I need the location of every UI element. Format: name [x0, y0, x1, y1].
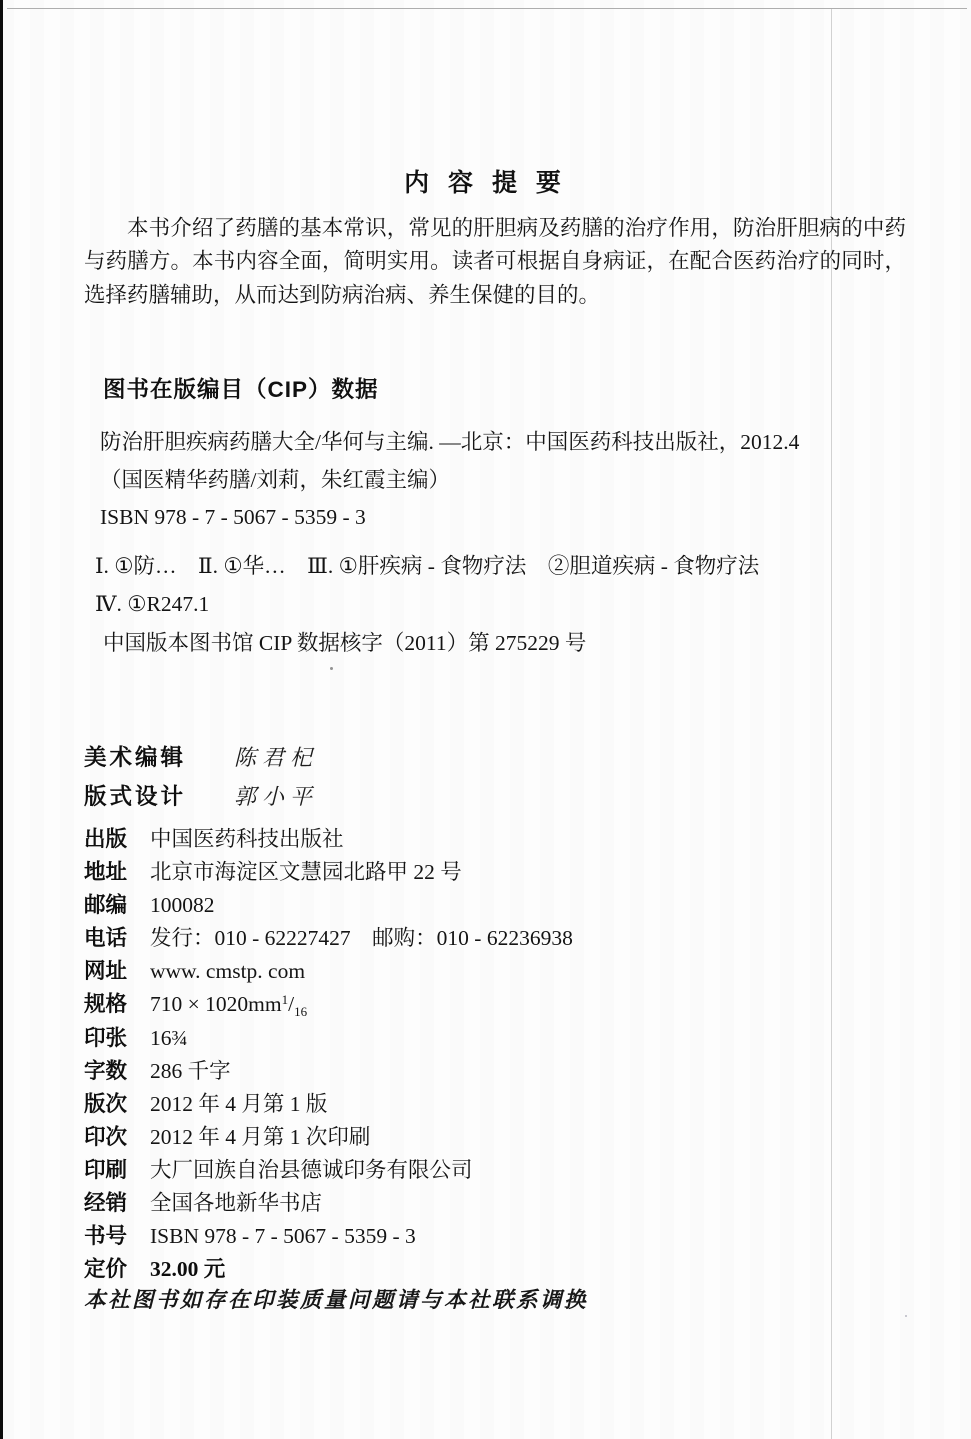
- summary-title: 内 容 提 要: [0, 163, 971, 199]
- colophon-value: 32.00 元: [150, 1252, 225, 1283]
- quality-exchange-note: 本社图书如存在印装质量问题请与本社联系调换: [84, 1283, 588, 1314]
- cip-series-line: （国医精华药膳/刘莉，朱红霞主编）: [100, 462, 890, 500]
- cip-classification-block: Ⅰ. ①防… Ⅱ. ①华… Ⅲ. ①肝疾病 - 食物疗法 ②胆道疾病 - 食物疗…: [95, 547, 895, 623]
- page-top-rule: [7, 8, 967, 9]
- summary-paragraph: 本书介绍了药膳的基本常识，常见的肝胆病及药膳的治疗作用，防治肝胆病的中药与药膳方…: [84, 212, 906, 312]
- colophon-value: 2012 年 4 月第 1 次印刷: [150, 1120, 370, 1151]
- colophon-label: 网址: [84, 954, 134, 985]
- cip-class-line-2: Ⅳ. ①R247.1: [95, 585, 895, 623]
- cip-block: 防治肝胆疾病药膳大全/华何与主编. —北京：中国医药科技出版社，2012.4 （…: [100, 424, 890, 537]
- cip-class-line-1: Ⅰ. ①防… Ⅱ. ①华… Ⅲ. ①肝疾病 - 食物疗法 ②胆道疾病 - 食物疗…: [95, 547, 895, 585]
- colophon-label: 版次: [84, 1087, 134, 1118]
- colophon-value: 全国各地新华书店: [150, 1186, 322, 1217]
- colophon-label: 定价: [84, 1252, 134, 1283]
- colophon-label: 规格: [84, 987, 134, 1018]
- colophon-label: 经销: [84, 1186, 134, 1217]
- colophon-label: 出版: [84, 822, 134, 853]
- staff-block: 美术编辑 陈君杞 版式设计 郭小平: [84, 740, 318, 818]
- colophon-row-phone: 电话 发行：010 - 62227427 邮购：010 - 62236938: [84, 921, 904, 954]
- colophon-label: 印次: [84, 1120, 134, 1151]
- staff-label: 美术编辑: [84, 740, 212, 772]
- colophon-label: 印刷: [84, 1153, 134, 1184]
- colophon-table: 出版 中国医药科技出版社 地址 北京市海淀区文慧园北路甲 22 号 邮编 100…: [84, 822, 904, 1285]
- colophon-label: 邮编: [84, 888, 134, 919]
- colophon-row-impression: 印次 2012 年 4 月第 1 次印刷: [84, 1120, 904, 1153]
- colophon-label: 字数: [84, 1054, 134, 1085]
- colophon-row-wordcount: 字数 286 千字: [84, 1054, 904, 1087]
- cip-isbn-line: ISBN 978 - 7 - 5067 - 5359 - 3: [100, 499, 890, 537]
- cip-heading: 图书在版编目（CIP）数据: [103, 372, 379, 404]
- colophon-value: www. cmstp. com: [150, 959, 305, 984]
- colophon-row-sheets: 印张 16¾: [84, 1021, 904, 1054]
- staff-label: 版式设计: [84, 779, 212, 811]
- staff-value: 陈君杞: [234, 741, 318, 772]
- colophon-row-isbn: 书号 ISBN 978 - 7 - 5067 - 5359 - 3: [84, 1219, 904, 1252]
- colophon-value: 286 千字: [150, 1054, 231, 1085]
- colophon-row-address: 地址 北京市海淀区文慧园北路甲 22 号: [84, 855, 904, 888]
- colophon-row-publisher: 出版 中国医药科技出版社: [84, 822, 904, 855]
- colophon-row-website: 网址 www. cmstp. com: [84, 954, 904, 987]
- colophon-value: 发行：010 - 62227427 邮购：010 - 62236938: [150, 921, 573, 952]
- scan-left-edge: [0, 0, 3, 1439]
- cip-record-line: 中国版本图书馆 CIP 数据核字（2011）第 275229 号: [103, 626, 586, 657]
- book-copyright-page: 内 容 提 要 本书介绍了药膳的基本常识，常见的肝胆病及药膳的治疗作用，防治肝胆…: [0, 0, 971, 1439]
- colophon-value: 2012 年 4 月第 1 版: [150, 1087, 327, 1118]
- colophon-row-distributor: 经销 全国各地新华书店: [84, 1186, 904, 1219]
- staff-row-art-editor: 美术编辑 陈君杞: [84, 740, 318, 779]
- colophon-label: 地址: [84, 855, 134, 886]
- scan-speck: [330, 667, 333, 670]
- colophon-value: 北京市海淀区文慧园北路甲 22 号: [150, 855, 462, 886]
- colophon-value: 16¾: [150, 1026, 188, 1051]
- colophon-value: ISBN 978 - 7 - 5067 - 5359 - 3: [150, 1224, 416, 1249]
- colophon-row-printer: 印刷 大厂回族自治县德诚印务有限公司: [84, 1153, 904, 1186]
- format-base: 710 × 1020mm: [150, 992, 282, 1016]
- colophon-row-price: 定价 32.00 元: [84, 1252, 904, 1285]
- colophon-value: 大厂回族自治县德诚印务有限公司: [150, 1153, 473, 1184]
- colophon-label: 印张: [84, 1021, 134, 1052]
- colophon-row-postcode: 邮编 100082: [84, 888, 904, 921]
- format-denominator: 16: [294, 1004, 307, 1019]
- colophon-row-edition: 版次 2012 年 4 月第 1 版: [84, 1087, 904, 1120]
- colophon-value-format: 710 × 1020mm1/16: [150, 992, 307, 1020]
- colophon-row-format: 规格 710 × 1020mm1/16: [84, 987, 904, 1020]
- cip-title-line: 防治肝胆疾病药膳大全/华何与主编. —北京：中国医药科技出版社，2012.4: [100, 424, 890, 462]
- staff-row-layout-designer: 版式设计 郭小平: [84, 779, 318, 818]
- colophon-value: 中国医药科技出版社: [150, 822, 344, 853]
- colophon-label: 书号: [84, 1219, 134, 1250]
- scan-speck: [905, 1315, 907, 1317]
- colophon-label: 电话: [84, 921, 134, 952]
- staff-value: 郭小平: [234, 780, 318, 811]
- colophon-value: 100082: [150, 893, 215, 918]
